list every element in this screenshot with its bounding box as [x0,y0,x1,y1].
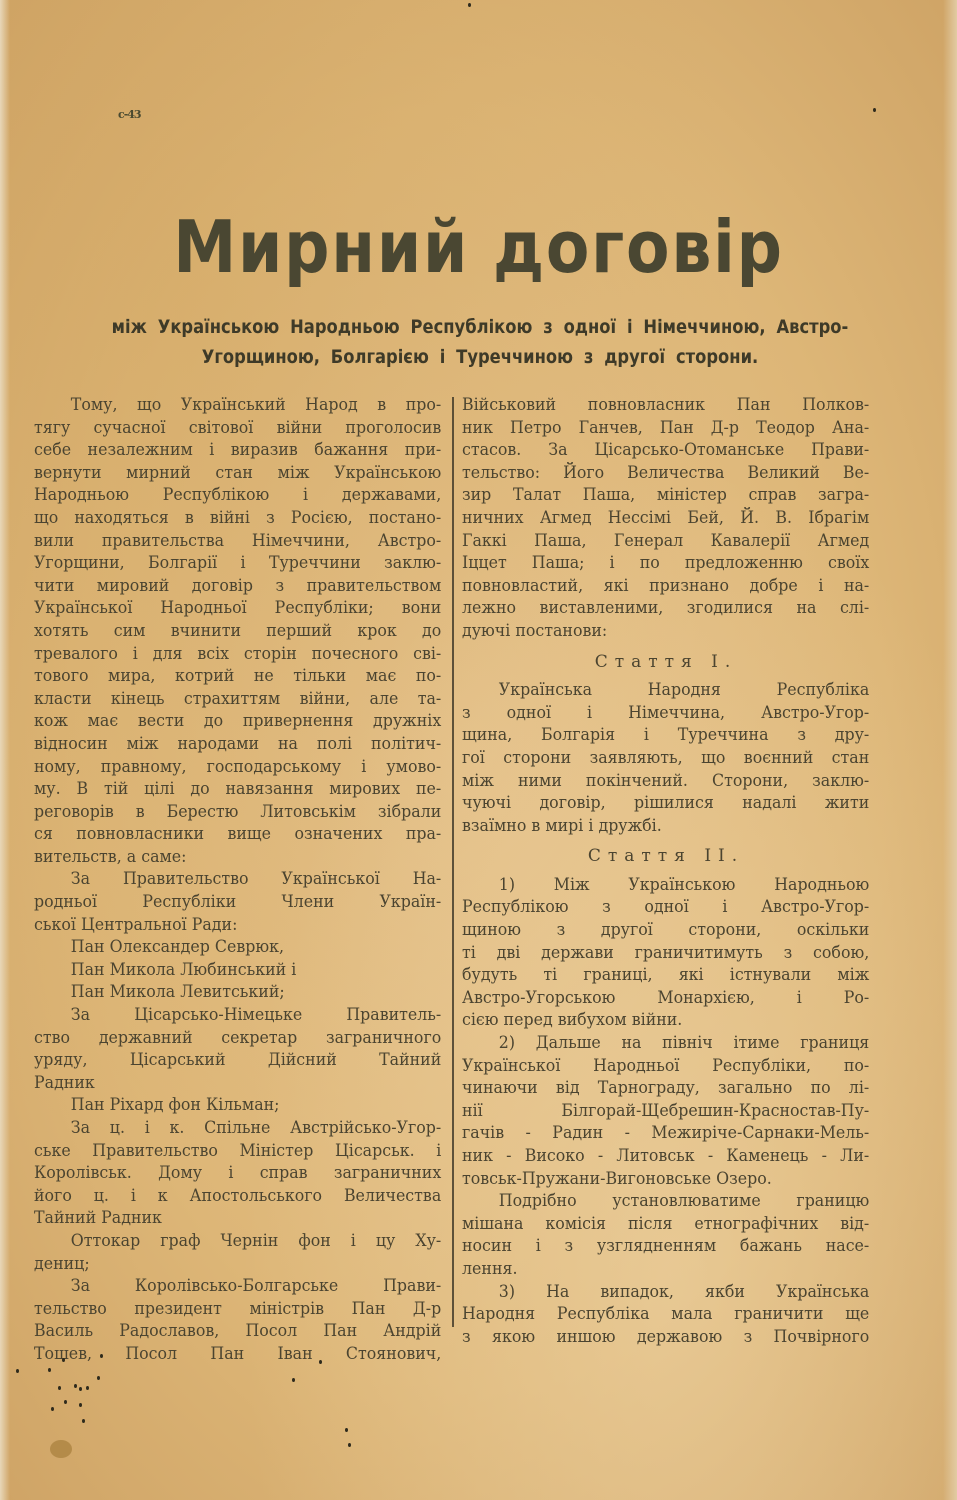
text-line: вили правительства Німеччини, Австро- [34,530,441,553]
text-line: чуючі договір, рішилися надалі жити [462,792,869,815]
text-line: себе незалежним і виразив бажання при- [34,439,441,462]
text-line: Тошев, Посол Пан Іван Стоянович, [34,1343,441,1366]
text-line: Оттокар граф Чернін фон і цу Ху- [34,1230,441,1253]
text-line: За ц. і к. Спільне Австрійсько-Угор- [34,1117,441,1140]
text-line: лежно виставленими, згодилися на слі- [462,597,869,620]
text-line: тягу сучасної світової війни проголосив [34,417,441,440]
text-line: Пан Микола Левитський; [34,981,441,1004]
text-line: За Королівсько-Болгарське Прави- [34,1275,441,1298]
text-line: родньої Республіки Члени Україн- [34,891,441,914]
subtitle-line: між Українською Народньою Республікою з … [102,312,859,342]
text-line: взаїмно в мирі і дружбі. [462,815,869,838]
paper-edge-right [943,0,957,1500]
text-line: щина, Болгарія і Туреччина з дру- [462,724,869,747]
text-line: ське Правительство Міністер Цісарськ. і [34,1140,441,1163]
text-line: ся повновласники вище означених пра- [34,823,441,846]
text-line: Народньою Республікою і державами, [34,484,441,507]
text-line: щиною з другої сторони, оскільки [462,919,869,942]
text-line: кож має вести до привернення дружніх [34,710,441,733]
text-line: ської Центральної Ради: [34,914,441,937]
text-line: лення. [462,1258,869,1281]
text-line: Українська Народня Республіка [462,679,869,702]
text-line: Української Народньої Республіки, по- [462,1055,869,1078]
text-line: класти кінець страхиттям війни, але та- [34,688,441,711]
text-line: чити мировий договір з правительством [34,575,441,598]
text-line: чинаючи від Тарнограду, загально по лі- [462,1077,869,1100]
text-line: 2) Дальше на північ ітиме границя [462,1032,869,1055]
text-line: між ними покінчений. Сторони, заклю- [462,770,869,793]
text-line: будуть ті границі, які істнували між [462,964,869,987]
right-column: Військовий повновласник Пан Полков-ник П… [462,394,870,1348]
text-line: ному, правному, господарському і умово- [34,756,441,779]
text-line: Гаккі Паша, Генерал Кавалерії Агмед [462,530,869,553]
text-line: дениц; [34,1253,441,1276]
text-line: За Правительство Української На- [34,868,441,891]
text-line: Василь Радославов, Посол Пан Андрій [34,1320,441,1343]
text-line: повновластий, які признано добре і на- [462,575,869,598]
article-heading: Стаття II. [462,845,870,868]
text-line: відносин між народами на полі політич- [34,733,441,756]
text-line: гачів - Радин - Межиріче-Сарнаки-Мель- [462,1122,869,1145]
text-line: Тайний Радник [34,1207,441,1230]
text-line: ті дві держави граничитимуть з собою, [462,942,869,965]
text-line: 1) Між Українською Народньою [462,874,869,897]
text-line: його ц. і к Апостольського Величества [34,1185,441,1208]
text-line: стасов. За Цісарсько-Отоманське Прави- [462,439,869,462]
corner-mark: c-43 [118,108,141,121]
paper-edge-left [0,0,10,1500]
text-line: Військовий повновласник Пан Полков- [462,394,869,417]
text-line: За Цісарсько-Німецьке Правитель- [34,1004,441,1027]
column-divider [452,397,454,1327]
text-line: Пан Микола Любинський і [34,959,441,982]
text-line: ник Петро Ганчев, Пан Д-р Теодор Ана- [462,417,869,440]
text-line: що находяться в війні з Росією, постано- [34,507,441,530]
text-line: тревалого і для всіх сторін почесного св… [34,643,441,666]
text-line: Подрібно установлюватиме границю [462,1190,869,1213]
text-line: ство державний секретар заграничного [34,1027,441,1050]
document-title: Мирний договір [57,205,899,289]
text-line: Республікою з одної і Австро-Угор- [462,896,869,919]
text-line: тельство президент міністрів Пан Д-р [34,1298,441,1321]
text-line: реговорів в Берестю Литовськім зібрали [34,801,441,824]
text-line: Угорщини, Болгарії і Туреччини заклю- [34,552,441,575]
text-line: вернути мирний стан між Українською [34,462,441,485]
text-line: дуючі постанови: [462,620,869,643]
document-page: c-43 Мирний договір між Українською Наро… [0,0,957,1500]
text-line: Української Народньої Республіки; вони [34,597,441,620]
document-subtitle: між Українською Народньою Республікою з … [40,312,920,372]
text-line: вительств, а саме: [34,846,441,869]
text-line: Пан Олександер Севрюк, [34,936,441,959]
text-line: товськ-Пружани-Вигоновське Озеро. [462,1168,869,1191]
text-line: Іццет Паша; і по предложенню своїх [462,552,869,575]
text-line: 3) На випадок, якби Українська [462,1281,869,1304]
text-line: Австро-Угорською Монархією, і Ро- [462,987,869,1010]
text-line: сією перед вибухом війни. [462,1009,869,1032]
text-line: з одної і Німеччина, Австро-Угор- [462,702,869,725]
text-line: ник - Високо - Литовськ - Каменець - Ли- [462,1145,869,1168]
text-line: Королівськ. Дому і справ заграничних [34,1162,441,1185]
text-line: тельство: Його Величества Великий Ве- [462,462,869,485]
text-line: Тому, що Український Народ в про- [34,394,441,417]
text-line: Радник [34,1072,441,1095]
left-column: Тому, що Український Народ в про-тягу су… [34,394,442,1366]
text-line: ничних Агмед Нессімі Бей, Й. В. Ібрагім [462,507,869,530]
text-line: уряду, Цісарський Дійсний Тайний [34,1049,441,1072]
text-line: з якою иншою державою з Почвірного [462,1326,869,1349]
paper-stain [50,1440,72,1458]
text-line: нії Білгорай-Щебрешин-Красностав-Пу- [462,1100,869,1123]
text-line: гої сторони заявляють, що воєнний стан [462,747,869,770]
text-line: носин і з узглядненням бажань насе- [462,1235,869,1258]
text-line: хотять сим вчинити перший крок до [34,620,441,643]
text-line: зир Талат Паша, міністер справ загра- [462,484,869,507]
article-heading: Стаття I. [462,651,870,674]
text-line: тового мира, котрий не тільки має по- [34,665,441,688]
text-line: му. В тій цілі до навязання мирових пе- [34,778,441,801]
subtitle-line: Угорщиною, Болгарією і Туреччиною з друг… [102,342,859,372]
text-line: мішана комісія після етнографічних від- [462,1213,869,1236]
text-line: Пан Ріхард фон Кільман; [34,1094,441,1117]
text-line: Народня Республіка мала граничити ще [462,1303,869,1326]
